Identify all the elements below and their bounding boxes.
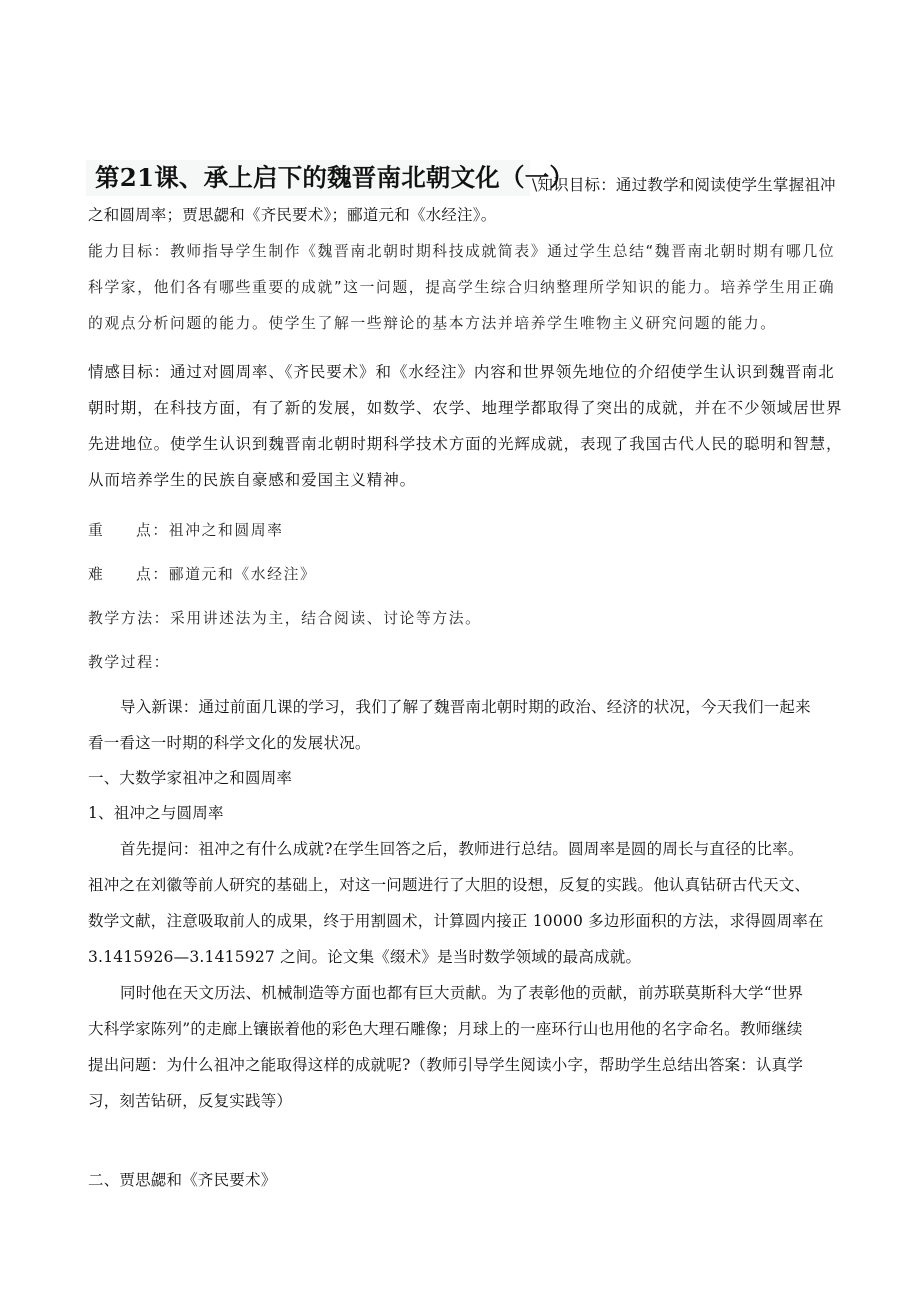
intro-line-1: 导入新课：通过前面几课的学习，我们了解了魏晋南北朝时期的政治、经济的状况，今天我… — [120, 697, 838, 717]
difficult-point-label-b: 点： — [136, 566, 169, 583]
section-1-subheading: 1、祖冲之与圆周率 — [88, 803, 838, 823]
document-page: 第21课、承上启下的魏晋南北朝文化（一） \知识目标：通过教学和阅读使学生掌握祖… — [0, 0, 920, 1302]
knowledge-goal-line-2: 之和圆周率；贾思勰和《齐民要术》；郦道元和《水经注》。 — [88, 205, 838, 225]
ability-goal-line-1: 能力目标：教师指导学生制作《魏晋南北朝时期科技成就简表》通过学生总结“魏晋南北朝… — [88, 242, 838, 262]
para2-line-2: 大科学家陈列”的走廊上镶嵌着他的彩色大理石雕像；月球上的一座环行山也用他的名字命… — [88, 1019, 838, 1039]
emotion-goal-line-4: 从而培养学生的民族自豪感和爱国主义精神。 — [88, 470, 838, 490]
emotion-goal-line-3: 先进地位。使学生认识到魏晋南北朝时期科学技术方面的光辉成就，表现了我国古代人民的… — [88, 434, 838, 454]
difficult-point: 难点：郦道元和《水经注》 — [88, 565, 838, 585]
para1-line-4: 3.1415926—3.1415927 之间。论文集《缀术》是当时数学领域的最高… — [88, 947, 838, 967]
ability-goal-line-3: 的观点分析问题的能力。使学生了解一些辩论的基本方法并培养学生唯物主义研究问题的能… — [88, 314, 838, 334]
key-point-label-a: 重 — [88, 521, 136, 541]
emotion-goal-line-1: 情感目标：通过对圆周率、《齐民要术》和《水经注》内容和世界领先地位的介绍使学生认… — [88, 362, 838, 382]
knowledge-goal-line-1: \知识目标：通过教学和阅读使学生掌握祖冲 — [532, 175, 836, 195]
ability-goal-line-2: 科学家，他们各有哪些重要的成就”这一问题，提高学生综合归纳整理所学知识的能力。培… — [88, 278, 838, 298]
lesson-title: 第21课、承上启下的魏晋南北朝文化（一） — [95, 163, 574, 193]
key-point: 重点：祖冲之和圆周率 — [88, 521, 838, 541]
key-point-label-b: 点： — [136, 522, 169, 539]
intro-line-2: 看一看这一时期的科学文化的发展状况。 — [88, 733, 838, 753]
para1-line-3: 数学文献，注意吸取前人的成果，终于用割圆术，计算圆内接正 10000 多边形面积… — [88, 911, 838, 931]
para2-line-4: 习，刻苦钻研，反复实践等） — [88, 1091, 838, 1111]
section-2-heading: 二、贾思勰和《齐民要术》 — [88, 1170, 838, 1190]
key-point-value: 祖冲之和圆周率 — [169, 522, 284, 539]
para1-line-2: 祖冲之在刘徽等前人研究的基础上，对这一问题进行了大胆的设想，反复的实践。他认真钻… — [88, 875, 838, 895]
teaching-process-label: 教学过程： — [88, 653, 838, 673]
emotion-goal-line-2: 朝时期，在科技方面，有了新的发展，如数学、农学、地理学都取得了突出的成就，并在不… — [88, 398, 838, 418]
para2-line-1: 同时他在天文历法、机械制造等方面也都有巨大贡献。为了表彰他的贡献，前苏联莫斯科大… — [120, 983, 838, 1003]
section-1-heading: 一、大数学家祖冲之和圆周率 — [88, 768, 838, 788]
difficult-point-value: 郦道元和《水经注》 — [169, 566, 317, 583]
para2-line-3: 提出问题：为什么祖冲之能取得这样的成就呢?（教师引导学生阅读小字，帮助学生总结出… — [88, 1055, 838, 1075]
para1-line-1: 首先提问：祖冲之有什么成就?在学生回答之后，教师进行总结。圆周率是圆的周长与直径… — [120, 839, 838, 859]
difficult-point-label-a: 难 — [88, 565, 136, 585]
teaching-method: 教学方法：采用讲述法为主，结合阅读、讨论等方法。 — [88, 609, 838, 629]
